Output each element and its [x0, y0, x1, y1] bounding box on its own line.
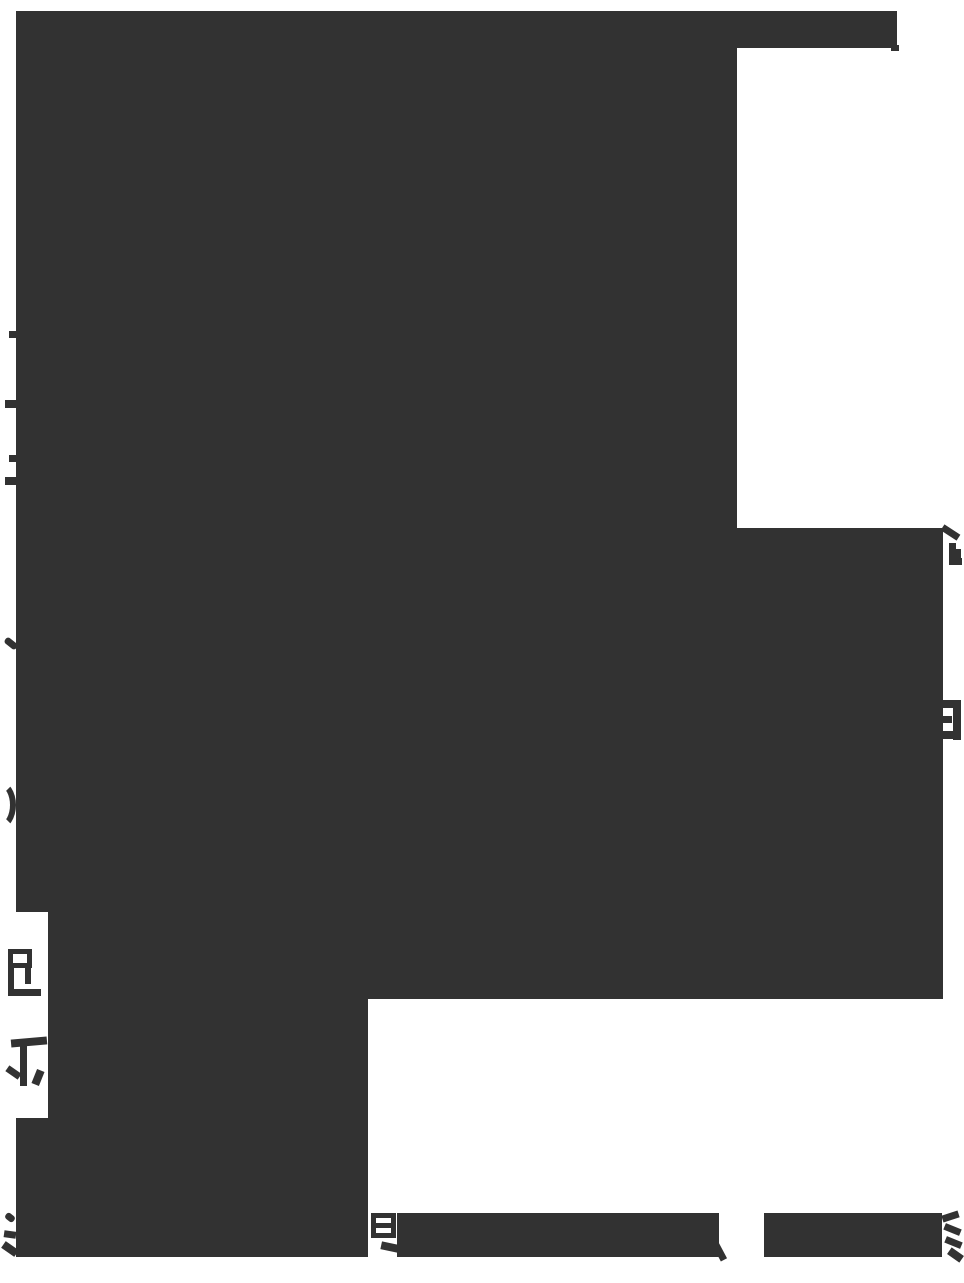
guo-char-fragment	[943, 716, 952, 723]
document-canvas	[0, 0, 964, 1283]
xi-char-fragment	[943, 1223, 961, 1236]
foot-radical-fragment	[8, 989, 41, 996]
covered-char-tick-fragment	[891, 45, 899, 51]
guo-char-fragment	[943, 731, 955, 739]
redaction-wide-body	[16, 528, 943, 912]
redaction-bottom-band-left	[397, 1213, 719, 1257]
si-char-fragment	[380, 1241, 398, 1252]
zou-radical-fragment	[4, 1212, 16, 1224]
redaction-bottom-band-right	[764, 1213, 942, 1257]
xi-char-fragment	[941, 1211, 959, 1223]
redaction-left-column-lower	[16, 1118, 368, 1257]
wo-char-fragment	[20, 1046, 27, 1086]
wo-char-fragment	[31, 1069, 44, 1086]
stroke-bar-fragment-3	[9, 455, 17, 462]
stroke-bar-fragment-2	[5, 400, 17, 408]
foot-radical-fragment	[25, 967, 31, 984]
redaction-left-column-upper	[48, 999, 368, 1118]
wo-char-fragment	[11, 1036, 48, 1047]
jiu-char-fragment	[941, 524, 961, 540]
redaction-top-band	[16, 11, 897, 48]
paren-arc-fragment	[0, 781, 16, 829]
foot-radical-fragment	[8, 949, 32, 968]
xi-char-fragment	[947, 1247, 964, 1262]
stroke-bar-fragment-4	[5, 477, 17, 485]
redaction-upper-body	[16, 48, 737, 528]
stroke-bar-fragment-1	[9, 331, 17, 338]
xi-char-fragment	[944, 1236, 962, 1249]
jiu-char-fragment	[955, 549, 961, 565]
redaction-wide-body-lower	[48, 912, 943, 999]
zou-radical-fragment	[4, 1230, 17, 1239]
si-char-fragment	[373, 1223, 394, 1228]
